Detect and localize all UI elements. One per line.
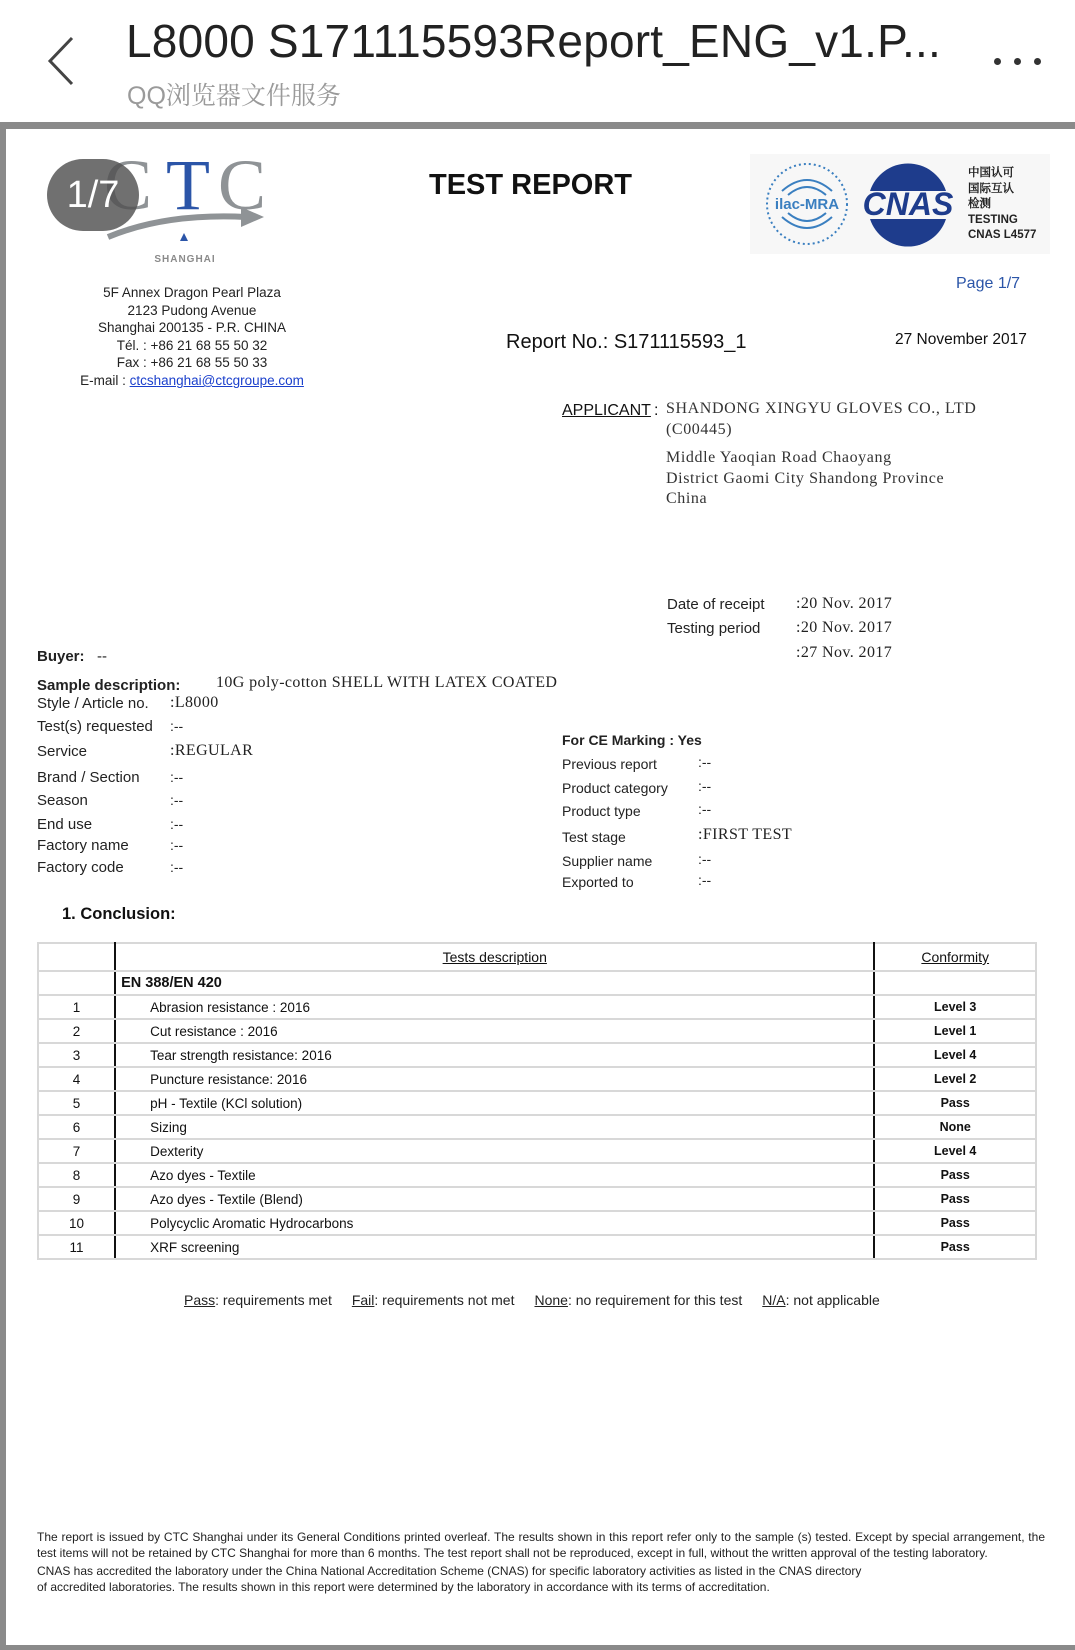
conclusion-table: Tests description Conformity EN 388/EN 4… [37,942,1037,1260]
field-value: :-- [170,837,183,853]
table-group-row: EN 388/EN 420 [38,971,1036,995]
applicant-address-line: District Gaomi City Shandong Province [666,469,976,490]
cell-desc: Polycyclic Aromatic Hydrocarbons [115,1211,874,1235]
field-label: Product category [562,780,668,796]
cell-desc: Azo dyes - Textile (Blend) [115,1187,874,1211]
page-number: Page 1/7 [956,275,1020,293]
cell-desc: pH - Textile (KCl solution) [115,1091,874,1115]
ilac-mra-logo: ilac-MRA [762,159,852,249]
table-row: 6SizingNone [38,1115,1036,1139]
cell-conf: Pass [874,1235,1036,1259]
cell-desc: Cut resistance : 2016 [115,1019,874,1043]
email-label: E-mail : [80,373,130,388]
buyer-value: -- [97,648,107,665]
cell-desc: Dexterity [115,1139,874,1163]
page-indicator: 1/7 [47,159,139,231]
table-header: Tests description Conformity [38,943,1036,971]
phone: Tél. : +86 21 68 55 50 32 [62,337,322,355]
field-value: :FIRST TEST [698,826,792,844]
email-link[interactable]: ctcshanghai@ctcgroupe.com [130,373,304,388]
cell-conf: Level 2 [874,1067,1036,1091]
cell-conf: Pass [874,1211,1036,1235]
group-conf [874,971,1036,995]
table-row: 1Abrasion resistance : 2016Level 3 [38,995,1036,1019]
cell-num: 9 [38,1187,115,1211]
field-value: :-- [698,851,711,867]
cell-num: 7 [38,1139,115,1163]
cell-desc: XRF screening [115,1235,874,1259]
table-row: 7DexterityLevel 4 [38,1139,1036,1163]
conformity-legend: Pass: requirements metFail: requirements… [184,1292,900,1308]
field-label: Season [37,792,88,809]
applicant-details: SHANDONG XINGYU GLOVES CO., LTD (C00445)… [666,399,976,510]
testing-from: :20 Nov. 2017 [796,619,892,637]
cell-desc: Azo dyes - Textile [115,1163,874,1187]
cell-desc: Puncture resistance: 2016 [115,1067,874,1091]
more-horizontal-icon [994,58,1001,65]
accred-line: 国际互认 [968,182,1036,198]
field-label: Previous report [562,756,657,772]
field-value: :-- [170,792,183,808]
legend-term: Fail [352,1292,375,1308]
cell-num: 1 [38,995,115,1019]
cell-conf: Level 3 [874,995,1036,1019]
table-row: 8Azo dyes - TextilePass [38,1163,1036,1187]
group-num [38,971,115,995]
legend-item: None: no requirement for this test [534,1292,742,1308]
cell-num: 10 [38,1211,115,1235]
cell-conf: Pass [874,1187,1036,1211]
back-button[interactable] [44,34,84,88]
fax: Fax : +86 21 68 55 50 33 [62,354,322,372]
sample-label: Sample description: [37,677,180,694]
legend-item: Pass: requirements met [184,1292,332,1308]
table-row: 2Cut resistance : 2016Level 1 [38,1019,1036,1043]
group-title: EN 388/EN 420 [115,971,874,995]
address-line: 2123 Pudong Avenue [62,302,322,320]
receipt-value: :20 Nov. 2017 [796,595,892,613]
field-label: End use [37,816,92,833]
field-label: Service [37,743,87,760]
applicant-code: (C00445) [666,420,976,441]
field-label: Exported to [562,874,634,890]
field-value: :-- [698,754,711,770]
legend-term: Pass [184,1292,215,1308]
field-value: :-- [170,816,183,832]
field-value: :-- [698,778,711,794]
legend-item: Fail: requirements not met [352,1292,515,1308]
legend-item: N/A: not applicable [762,1292,880,1308]
report-number: Report No.: S171115593_1 [506,331,747,354]
cell-conf: Level 4 [874,1139,1036,1163]
receipt-label: Date of receipt [667,596,765,613]
field-label: Supplier name [562,853,652,869]
accred-line: TESTING [968,213,1036,229]
header-conf: Conformity [874,943,1036,971]
field-value: :-- [170,769,183,785]
chevron-left-icon [44,34,84,88]
pdf-viewer[interactable]: 1/7 C T C SHANGHAI 5F Annex Dragon Pearl… [0,122,1075,1650]
field-label: Test(s) requested [37,718,153,735]
field-value: :L8000 [170,694,219,712]
accreditation-logos: ilac-MRA CNAS 中国认可 国际互认 检测 TESTING CNAS … [750,154,1050,254]
document-title: L8000 S171115593Report_ENG_v1.P... [126,14,941,68]
legend-text: : requirements not met [374,1292,514,1308]
ce-marking: For CE Marking : Yes [562,732,702,748]
address-line: Shanghai 200135 - P.R. CHINA [62,319,322,337]
testing-to: :27 Nov. 2017 [796,644,892,662]
field-value: :-- [698,801,711,817]
applicant-name: SHANDONG XINGYU GLOVES CO., LTD [666,399,976,420]
cell-desc: Abrasion resistance : 2016 [115,995,874,1019]
header-desc: Tests description [115,943,874,971]
cell-conf: None [874,1115,1036,1139]
legend-text: : no requirement for this test [568,1292,742,1308]
table-row: 5pH - Textile (KCl solution)Pass [38,1091,1036,1115]
report-footer: The report is issued by CTC Shanghai und… [37,1529,1045,1595]
sample-value: 10G poly-cotton SHELL WITH LATEX COATED [216,674,557,692]
field-label: Test stage [562,829,626,845]
field-label: Product type [562,803,641,819]
cell-conf: Level 1 [874,1019,1036,1043]
field-value: :-- [698,872,711,888]
cell-num: 6 [38,1115,115,1139]
table-row: 4Puncture resistance: 2016Level 2 [38,1067,1036,1091]
accred-line: 中国认可 [968,166,1036,182]
table-row: 3Tear strength resistance: 2016Level 4 [38,1043,1036,1067]
legend-text: : not applicable [786,1292,880,1308]
cell-num: 5 [38,1091,115,1115]
table-row: 10Polycyclic Aromatic HydrocarbonsPass [38,1211,1036,1235]
pdf-page: 1/7 C T C SHANGHAI 5F Annex Dragon Pearl… [6,129,1075,1645]
footer-cnas: CNAS has accredited the laboratory under… [37,1563,1045,1595]
field-value: :REGULAR [170,742,253,760]
legend-term: N/A [762,1292,785,1308]
svg-text:SHANGHAI: SHANGHAI [154,254,215,265]
cell-conf: Pass [874,1163,1036,1187]
svg-text:CNAS: CNAS [863,186,954,222]
accred-line: CNAS L4577 [968,228,1036,244]
lab-address: 5F Annex Dragon Pearl Plaza 2123 Pudong … [62,284,322,390]
cell-conf: Level 4 [874,1043,1036,1067]
conclusion-heading: 1. Conclusion: [62,905,176,924]
app-subtitle: QQ浏览器文件服务 [127,76,341,112]
testing-period-label: Testing period [667,620,760,637]
applicant-label: APPLICANT [562,402,651,420]
cell-num: 8 [38,1163,115,1187]
svg-text:T: T [166,147,210,225]
cell-conf: Pass [874,1091,1036,1115]
field-value: :-- [170,718,183,734]
footer-cnas-line: of accredited laboratories. The results … [37,1580,770,1594]
table-row: 11XRF screeningPass [38,1235,1036,1259]
report-date: 27 November 2017 [895,331,1027,349]
accred-line: 检测 [968,197,1036,213]
footer-disclaimer: The report is issued by CTC Shanghai und… [37,1529,1045,1561]
address-line: 5F Annex Dragon Pearl Plaza [62,284,322,302]
svg-text:ilac-MRA: ilac-MRA [775,196,839,213]
buyer-label: Buyer: [37,648,85,665]
more-horizontal-icon [1034,58,1041,65]
table-row: 9Azo dyes - Textile (Blend)Pass [38,1187,1036,1211]
cell-num: 2 [38,1019,115,1043]
cnas-logo: CNAS [858,159,958,249]
field-value: :-- [170,859,183,875]
app-bar: L8000 S171115593Report_ENG_v1.P... QQ浏览器… [0,0,1075,122]
more-button[interactable] [990,44,1060,74]
header-num [38,943,115,971]
email-line: E-mail : ctcshanghai@ctcgroupe.com [62,372,322,390]
applicant-address-line: China [666,489,976,510]
field-label: Style / Article no. [37,695,149,712]
cell-num: 11 [38,1235,115,1259]
cell-num: 3 [38,1043,115,1067]
cell-num: 4 [38,1067,115,1091]
applicant-address-line: Middle Yaoqian Road Chaoyang [666,448,976,469]
doc-heading: TEST REPORT [429,169,632,202]
field-label: Brand / Section [37,769,140,786]
applicant-colon: : [654,402,658,420]
accreditation-text: 中国认可 国际互认 检测 TESTING CNAS L4577 [968,166,1036,244]
legend-text: : requirements met [215,1292,332,1308]
field-label: Factory name [37,837,129,854]
cell-desc: Sizing [115,1115,874,1139]
field-label: Factory code [37,859,124,876]
footer-cnas-line: CNAS has accredited the laboratory under… [37,1564,861,1578]
more-horizontal-icon [1014,58,1021,65]
cell-desc: Tear strength resistance: 2016 [115,1043,874,1067]
legend-term: None [534,1292,567,1308]
